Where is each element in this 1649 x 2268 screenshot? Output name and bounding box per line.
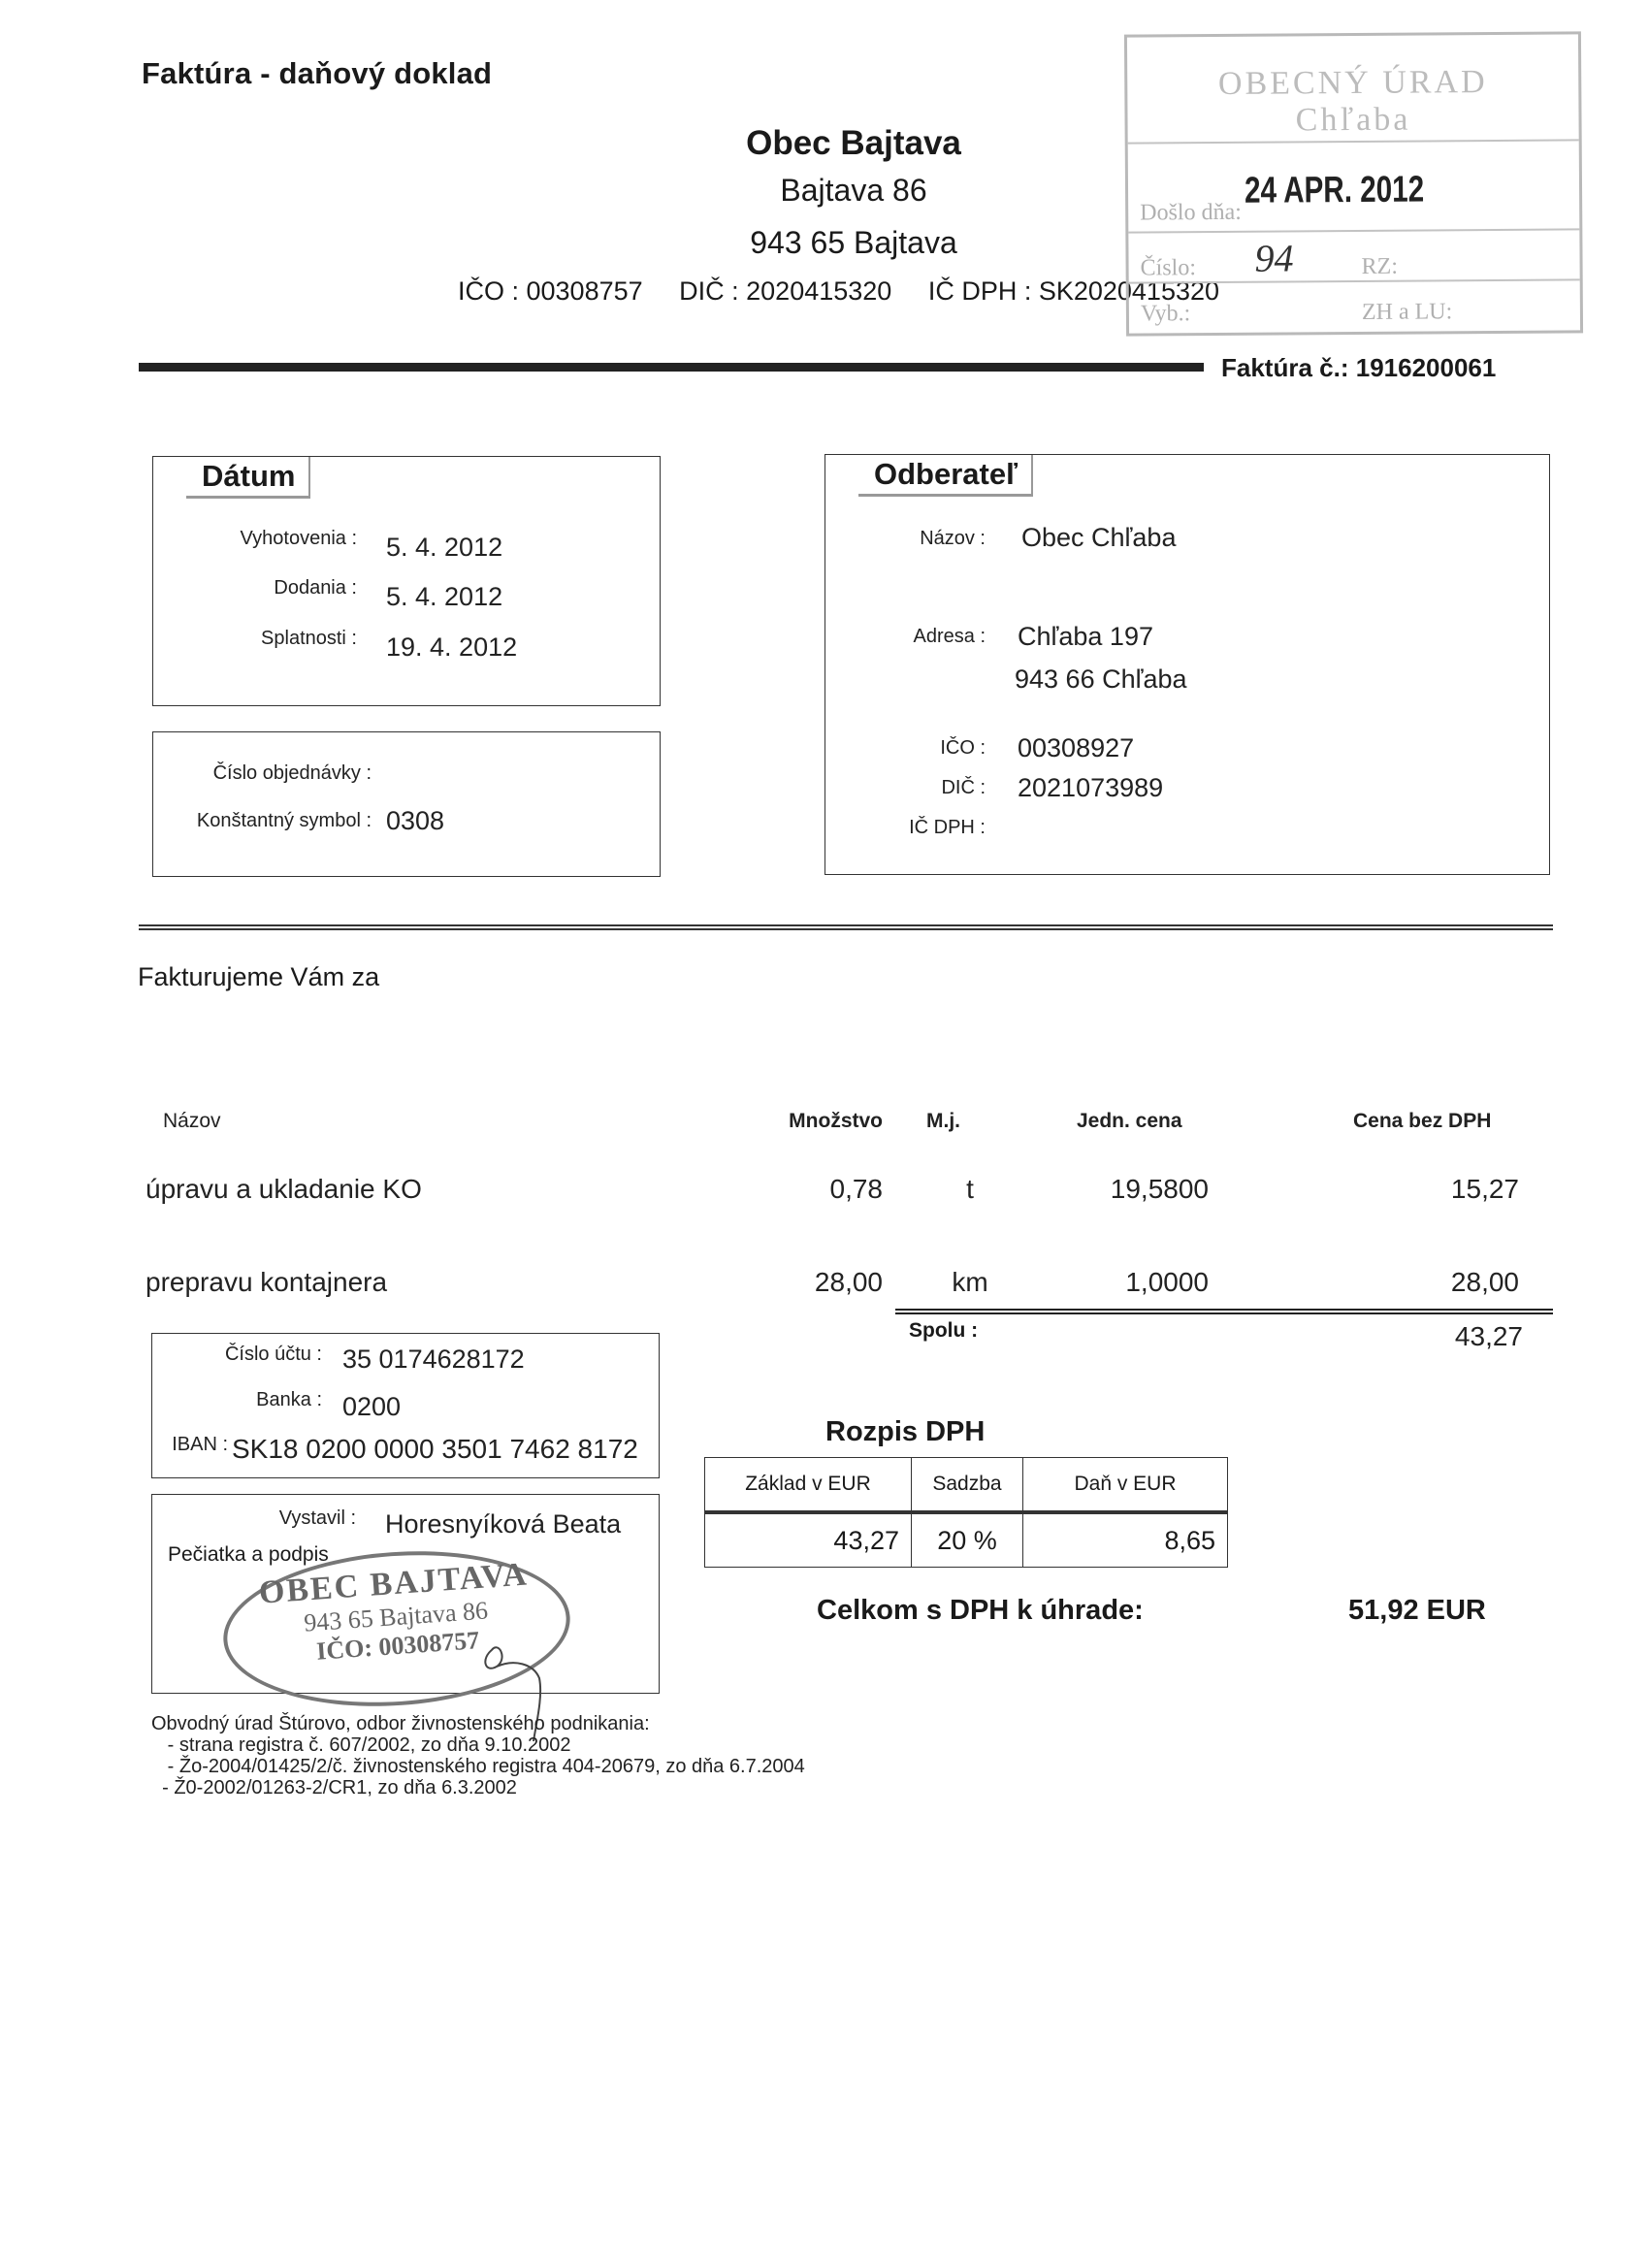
sum-value: 43,27 [1358,1321,1523,1352]
invoice-number: Faktúra č.: 1916200061 [1221,353,1496,383]
stamp-number-label: Číslo: [1141,255,1197,281]
vat-heading: Rozpis DPH [825,1416,985,1448]
item-name: úpravu a ukladanie KO [145,1174,422,1205]
customer-address-line2: 943 66 Chľaba [1015,664,1187,695]
vat-table: Základ v EUR Sadzba Daň v EUR 43,27 20 %… [704,1457,1228,1568]
col-header-name: Názov [163,1110,221,1133]
stamp-number: 94 [1254,235,1293,280]
grand-total-label: Celkom s DPH k úhrade: [817,1595,1144,1627]
vat-tax: 8,65 [1023,1512,1228,1568]
vat-header-tax: Daň v EUR [1023,1458,1228,1513]
dates-box: Dátum Vyhotovenia : 5. 4. 2012 Dodania :… [152,456,661,706]
issuer-city: 943 65 Bajtava [718,225,989,261]
account-label: Číslo účtu : [162,1344,322,1366]
item-unit-price: 1,0000 [1018,1267,1209,1298]
stamp-received-label: Došlo dňa: [1140,200,1242,227]
iban-label: IBAN : [158,1434,228,1456]
item-qty: 0,78 [757,1174,883,1205]
customer-ico-label: IČO : [835,737,986,760]
received-stamp: OBECNÝ ÚRAD Chľaba 24 APR. 2012 Došlo dň… [1124,31,1583,336]
stamp-divider [1128,228,1579,233]
issuer-name: Obec Bajtava [718,124,989,163]
vat-rate: 20 % [912,1512,1023,1568]
col-header-unit-price: Jedn. cena [1077,1110,1182,1133]
stamp-vyb-label: Vyb.: [1141,301,1191,327]
header-divider [139,363,1204,372]
invoice-number-value: 1916200061 [1356,353,1497,382]
issued-by-label: Vystavil : [162,1507,356,1530]
date-value-issued: 5. 4. 2012 [386,533,502,563]
date-label-issued: Vyhotovenia : [173,528,357,550]
grand-total-value: 51,92 EUR [1348,1595,1486,1627]
vat-header-rate: Sadzba [912,1458,1023,1513]
customer-dic: 2021073989 [1018,773,1163,803]
stamp-divider [1128,139,1579,144]
issuer-ids: IČO : 00308757 DIČ : 2020415320 IČ DPH :… [458,276,1219,307]
dates-heading: Dátum [186,457,310,499]
item-name: prepravu kontajnera [145,1267,387,1298]
footer-line: Obvodný úrad Štúrovo, odbor živnostenské… [151,1713,650,1735]
col-header-qty: Množstvo [776,1110,883,1133]
customer-name-label: Názov : [835,528,986,550]
vat-header-row: Základ v EUR Sadzba Daň v EUR [705,1458,1228,1513]
footer-line: - Žo-2004/01425/2/č. živnostenského regi… [151,1756,805,1778]
bank-code-value: 0200 [342,1392,401,1422]
customer-address-line1: Chľaba 197 [1018,622,1153,652]
item-qty: 28,00 [757,1267,883,1298]
item-unit: km [926,1267,1014,1298]
bank-box: Číslo účtu : 35 0174628172 Banka : 0200 … [151,1333,660,1478]
stamp-office-town: Chľaba [1127,100,1578,140]
customer-address-label: Adresa : [835,626,986,648]
const-symbol-label: Konštantný symbol : [163,810,372,832]
date-label-due: Splatnosti : [173,628,357,650]
order-number-label: Číslo objednávky : [163,762,372,785]
customer-heading: Odberateľ [858,455,1033,497]
date-label-delivery: Dodania : [173,577,357,599]
invoice-number-label: Faktúra č.: [1221,353,1349,382]
order-box: Číslo objednávky : Konštantný symbol : 0… [152,731,661,877]
customer-icdph-label: IČ DPH : [835,817,986,839]
vat-header-base: Základ v EUR [705,1458,912,1513]
item-total: 15,27 [1358,1174,1519,1205]
issuer-street: Bajtava 86 [718,173,989,209]
account-value: 35 0174628172 [342,1345,525,1375]
stamp-received-date: 24 APR. 2012 [1245,169,1424,211]
item-total: 28,00 [1358,1267,1519,1298]
customer-ico: 00308927 [1018,733,1134,763]
sum-label: Spolu : [909,1319,978,1343]
item-unit-price: 19,5800 [1018,1174,1209,1205]
footer-line: - Ž0-2002/01263-2/CR1, zo dňa 6.3.2002 [151,1777,517,1799]
issued-by-name: Horesnyíková Beata [385,1509,621,1539]
date-value-due: 19. 4. 2012 [386,632,517,663]
vat-base: 43,27 [705,1512,912,1568]
item-unit: t [926,1174,1014,1205]
date-value-delivery: 5. 4. 2012 [386,582,502,612]
section-divider [139,924,1553,930]
col-header-total: Cena bez DPH [1353,1110,1491,1133]
customer-dic-label: DIČ : [835,777,986,799]
iban-value: SK18 0200 0000 3501 7462 8172 [232,1434,638,1465]
stamp-office: OBECNÝ ÚRAD Chľaba [1127,63,1579,140]
document-title: Faktúra - daňový doklad [142,56,492,91]
stamp-zh-label: ZH a LU: [1362,299,1452,326]
footer-line: - strana registra č. 607/2002, zo dňa 9.… [151,1734,571,1757]
stamp-divider [1129,278,1580,283]
vat-value-row: 43,27 20 % 8,65 [705,1512,1228,1568]
seal-signature-label: Pečiatka a podpis [168,1543,329,1567]
stamp-rz-label: RZ: [1362,254,1399,280]
const-symbol-value: 0308 [386,806,444,836]
customer-box: Odberateľ Názov : Obec Chľaba Adresa : C… [824,454,1550,875]
bank-code-label: Banka : [162,1389,322,1411]
col-header-unit: M.j. [926,1110,960,1133]
stamp-office-name: OBECNÝ ÚRAD [1127,63,1578,103]
sum-divider [895,1309,1553,1314]
intro-text: Fakturujeme Vám za [138,962,379,992]
customer-name: Obec Chľaba [1021,523,1176,553]
